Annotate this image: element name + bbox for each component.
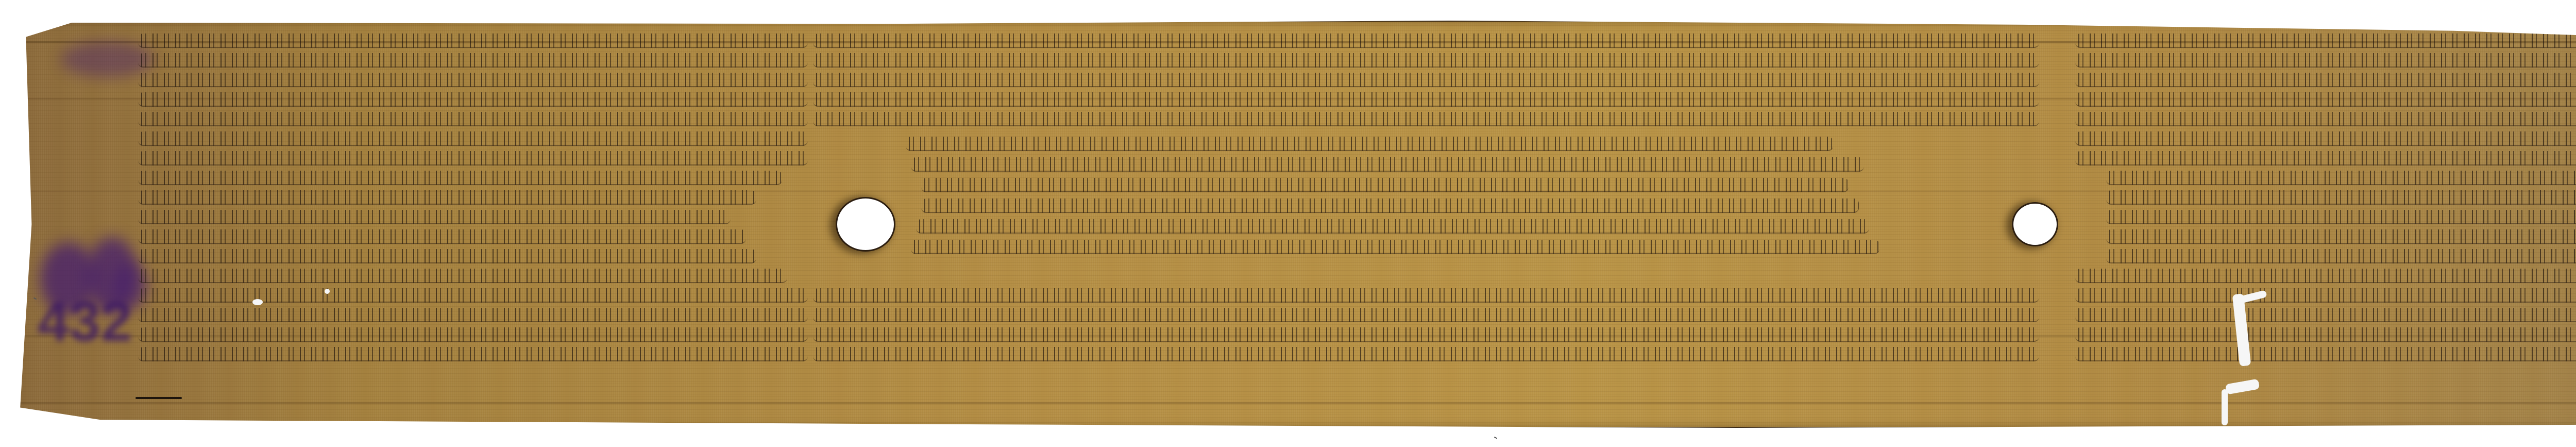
ink-stamp-number: 432 [38, 289, 132, 354]
dust-speck [1494, 437, 1497, 439]
text-block-left [138, 34, 813, 394]
binding-hole-left [837, 198, 894, 250]
binding-hole-right [2013, 204, 2057, 245]
leaf-crack [2222, 389, 2228, 425]
palm-leaf: 432 433 [14, 21, 2576, 428]
leaf-hole-small [252, 299, 263, 305]
leaf-hole-small [325, 289, 330, 294]
margin-mark [135, 397, 182, 399]
text-block-right [2075, 34, 2576, 394]
text-block-center [813, 34, 2049, 394]
leaf-grain [14, 402, 2576, 404]
